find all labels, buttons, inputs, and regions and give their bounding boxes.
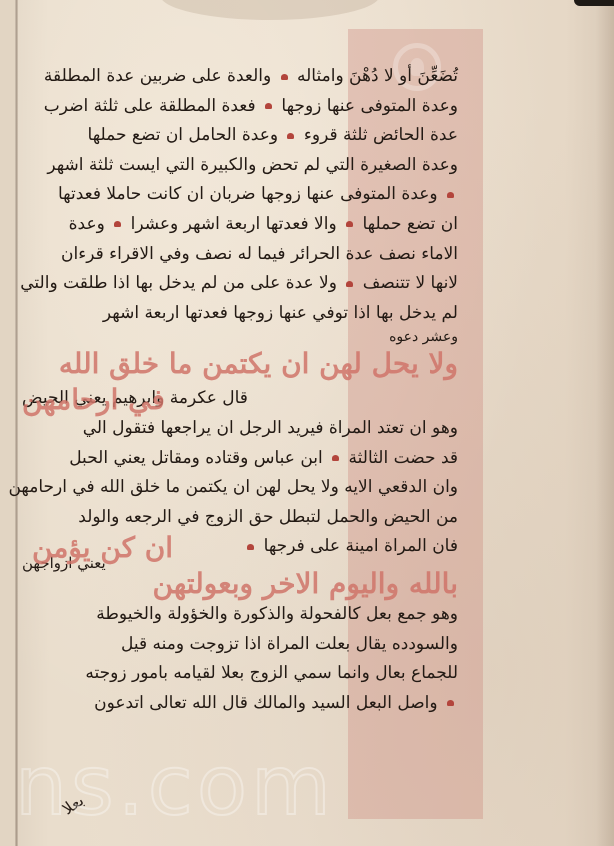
manuscript-text-block: تُضَعِّنَ أو لا دُهْنَ وامثاله والعدة عل… bbox=[22, 62, 458, 718]
text-line: وهو ان تعتد المراة فيريد الرجل ان يراجعه… bbox=[22, 414, 458, 444]
text-line: الاماء نصف عدة الحرائر فيما له نصف وفي ا… bbox=[22, 240, 458, 270]
section-marker-icon bbox=[346, 281, 353, 287]
section-marker-icon bbox=[332, 455, 339, 461]
text-line: ان تضع حملها والا فعدتها اربعة اشهر وعشر… bbox=[22, 210, 458, 240]
section-marker-icon bbox=[287, 133, 294, 139]
page-right-edge-shadow bbox=[596, 0, 614, 846]
text-line: لانها لا تتنصف ولا عدة على من لم يدخل به… bbox=[22, 269, 458, 299]
quran-verse-rubric-cont: في ارحامهن bbox=[22, 383, 165, 416]
text-line: عدة الحائض ثلثة قروء وعدة الحامل ان تضع … bbox=[22, 121, 458, 151]
page-corner-shadow bbox=[574, 0, 614, 6]
text-line: وعشر دعوه bbox=[22, 328, 458, 346]
section-marker-icon bbox=[346, 221, 353, 227]
text-line: والسودده يقال بعلت المراة اذا تزوجت ومنه… bbox=[22, 630, 458, 660]
paper-stain bbox=[160, 0, 380, 20]
text-line: وهو جمع بعل كالفحولة والذكورة والخؤولة و… bbox=[22, 600, 458, 630]
quran-verse-rubric: ان كن يؤمن bbox=[22, 530, 458, 566]
quran-verse-rubric: في ارحامهن bbox=[22, 382, 458, 418]
quran-verse-rubric: ولا يحل لهن ان يكتمن ما خلق الله bbox=[22, 346, 458, 382]
text-line: لم يدخل بها اذا توفي عنها زوجها فعدتها ا… bbox=[22, 299, 458, 329]
section-marker-icon bbox=[114, 221, 121, 227]
text-line: تُضَعِّنَ أو لا دُهْنَ وامثاله والعدة عل… bbox=[22, 62, 458, 92]
manuscript-page: تُضَعِّنَ أو لا دُهْنَ وامثاله والعدة عل… bbox=[0, 0, 614, 846]
quran-verse-rubric: بالله واليوم الاخر وبعولتهن bbox=[22, 566, 458, 602]
site-watermark-text: ns.com bbox=[15, 752, 355, 822]
previous-page-edge bbox=[0, 0, 15, 846]
text-line: وعدة الصغيرة التي لم تحض والكبيرة التي ا… bbox=[22, 151, 458, 181]
text-line: وان الدقعي الايه ولا يحل لهن ان يكتمن ما… bbox=[22, 473, 458, 503]
section-marker-icon bbox=[265, 103, 272, 109]
text-line: للجماع بعال وانما سمي الزوج بعلا لقيامه … bbox=[22, 659, 458, 689]
text-line: واصل البعل السيد والمالك قال الله تعالى … bbox=[22, 689, 458, 719]
gutter-fold-line bbox=[15, 0, 18, 846]
text-line: من الحيض والحمل لتبطل حق الزوج في الرجعه… bbox=[22, 503, 458, 533]
section-marker-icon bbox=[447, 192, 454, 198]
text-line: قد حضت الثالثة ابن عباس وقتاده ومقاتل يع… bbox=[22, 444, 458, 474]
section-marker-icon bbox=[447, 700, 454, 706]
section-marker-icon bbox=[281, 74, 288, 80]
text-line: وعدة المتوفى عنها زوجها ضربان ان كانت حا… bbox=[22, 180, 458, 210]
text-line: وعدة المتوفى عنها زوجها فعدة المطلقة على… bbox=[22, 92, 458, 122]
